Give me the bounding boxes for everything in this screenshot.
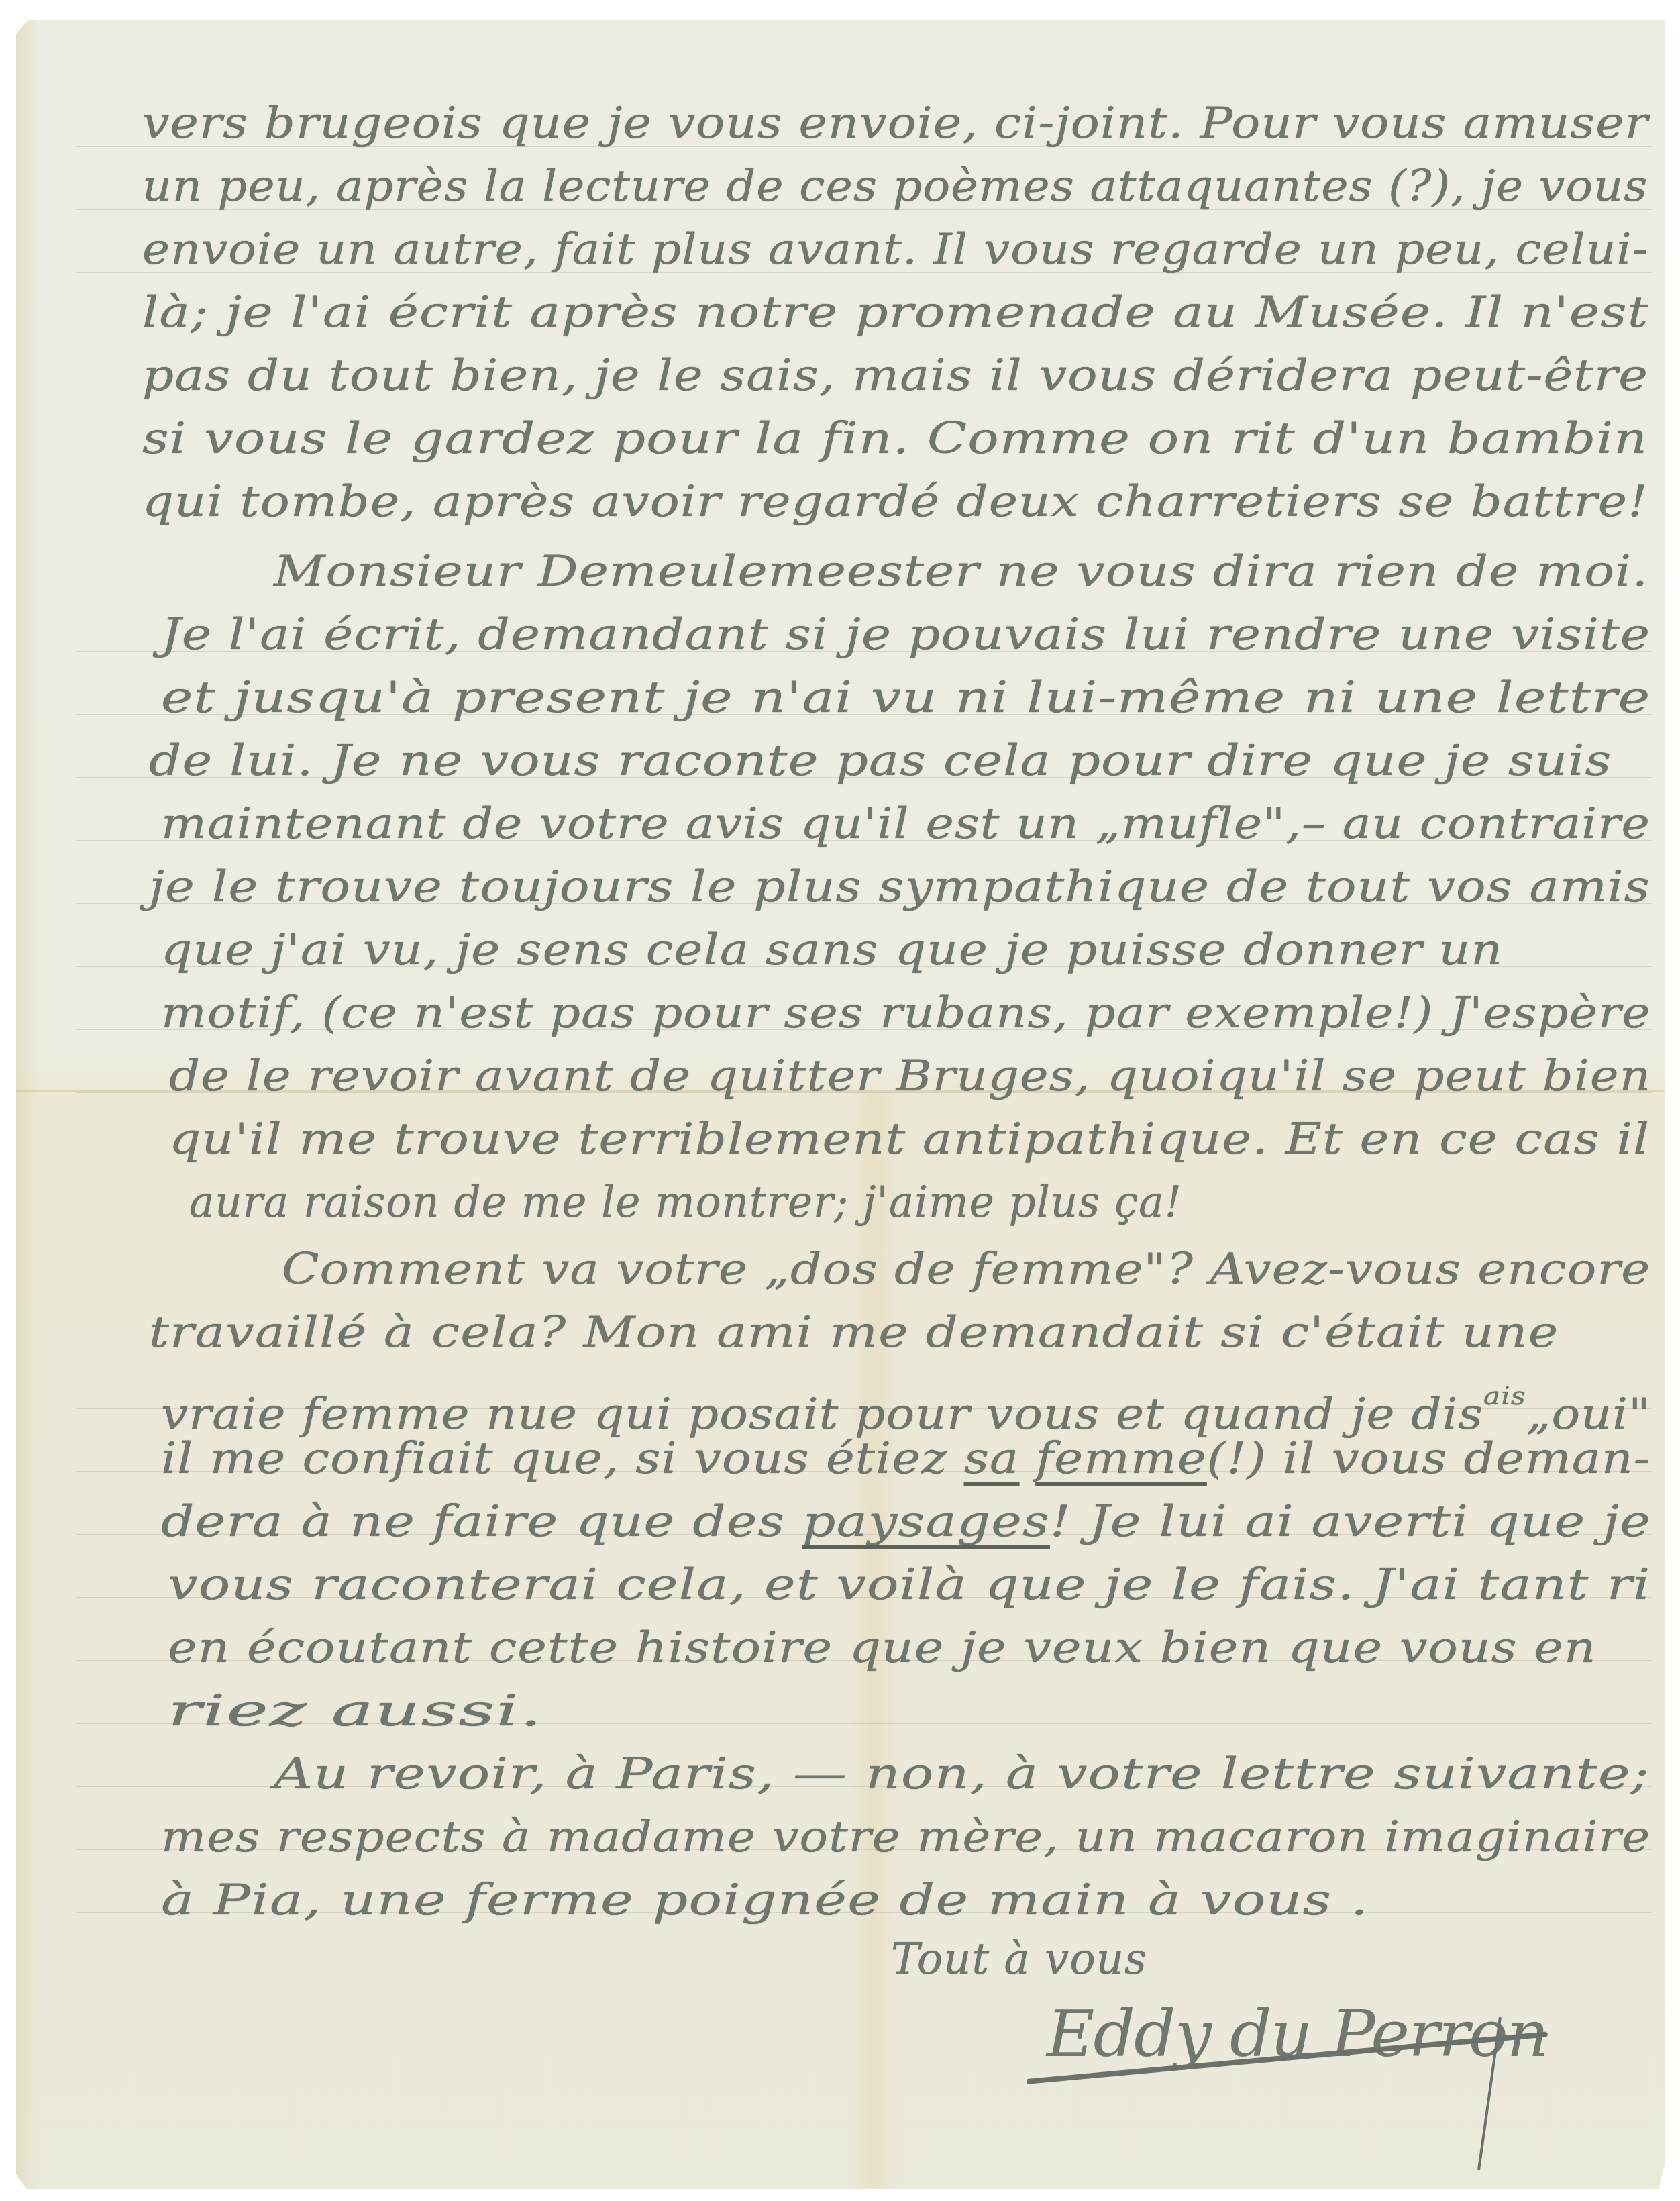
letter-line: je le trouve toujours le plus sympathiqu…	[149, 866, 1650, 909]
letter-line: travaillé à cela? Mon ami me demandait s…	[149, 1311, 1559, 1354]
signature: Eddy du Perron	[1047, 1996, 1548, 2071]
letter-line: à Pia, une ferme poignée de main à vous …	[161, 1879, 1369, 1922]
letter-line: Au revoir, à Paris, — non, à votre lettr…	[274, 1753, 1650, 1796]
letter-line: riez aussi.	[168, 1690, 543, 1733]
letter-line: si vous le gardez pour la fin. Comme on …	[142, 417, 1648, 460]
underlined-word: femme	[1035, 1434, 1206, 1484]
letter-line: un peu, après la lecture de ces poèmes a…	[142, 165, 1648, 208]
line-text: (!) il vous deman-	[1207, 1434, 1651, 1484]
letter-line: aura raison de me le montrer; j'aime plu…	[189, 1181, 1182, 1224]
letter-line: dera à ne faire que des paysages! Je lui…	[161, 1500, 1651, 1543]
letter-line: en écoutant cette histoire que je veux b…	[168, 1627, 1596, 1670]
letter-line: de le revoir avant de quitter Bruges, qu…	[169, 1055, 1651, 1098]
underlined-word: paysages	[802, 1497, 1050, 1547]
letter-line: mes respects à madame votre mère, un mac…	[161, 1816, 1650, 1859]
letter-line: il me confiait que, si vous étiez sa fem…	[161, 1437, 1650, 1480]
line-text: il me confiait que, si vous étiez	[161, 1434, 948, 1484]
letter-line: de lui. Je ne vous raconte pas cela pour…	[149, 739, 1612, 782]
line-text: vraie femme nue qui posait pour vous et …	[161, 1390, 1483, 1439]
letter-line: Comment va votre „dos de femme"? Avez-vo…	[282, 1248, 1650, 1291]
letter-line: et jusqu'à present je n'ai vu ni lui-mêm…	[161, 676, 1650, 719]
ruled-line	[76, 1976, 1652, 1976]
underlined-word: sa	[964, 1434, 1020, 1484]
letter-line: vraie femme nue qui posait pour vous et …	[161, 1374, 1651, 1436]
letter-line: motif, (ce n'est pas pour ses rubans, pa…	[161, 992, 1651, 1035]
letter-line: que j'ai vu, je sens cela sans que je pu…	[161, 929, 1503, 972]
superscript-correction: ais	[1483, 1381, 1526, 1411]
line-text: „oui"	[1526, 1390, 1651, 1439]
letter-line: vers brugeois que je vous envoie, ci-joi…	[142, 102, 1648, 145]
letter-line: maintenant de votre avis qu'il est un „m…	[161, 803, 1650, 846]
letter-page	[16, 20, 1665, 2189]
letter-line: là; je l'ai écrit après notre promenade …	[142, 291, 1649, 334]
letter-line: Monsieur Demeulemeester ne vous dira rie…	[274, 550, 1648, 593]
line-text: ! Je lui ai averti que je	[1050, 1497, 1651, 1547]
letter-line: pas du tout bien, je le sais, mais il vo…	[142, 354, 1648, 397]
line-text: dera à ne faire que des	[161, 1497, 785, 1547]
letter-line: qui tombe, après avoir regardé deux char…	[142, 480, 1648, 523]
letter-line: vous raconterai cela, et voilà que je le…	[168, 1564, 1650, 1606]
letter-line: Je l'ai écrit, demandant si je pouvais l…	[161, 613, 1650, 656]
ruled-line	[76, 2102, 1652, 2102]
letter-line: qu'il me trouve terriblement antipathiqu…	[169, 1118, 1650, 1161]
closing-line: Tout à vous	[891, 1938, 1147, 1981]
ruled-line	[76, 2165, 1652, 2165]
letter-line: envoie un autre, fait plus avant. Il vou…	[142, 228, 1648, 271]
